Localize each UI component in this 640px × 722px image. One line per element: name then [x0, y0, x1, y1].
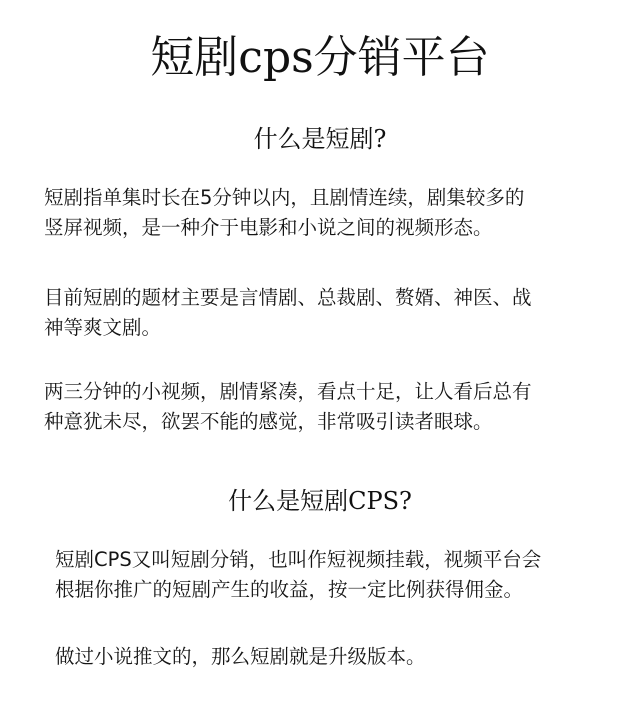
paragraph-genres: 目前短剧的题材主要是言情剧、总裁剧、赘婿、神医、战 神等爽文剧。 — [44, 283, 532, 343]
paragraph-line: 短剧CPS又叫短剧分销，也叫作短视频挂载，视频平台会 — [55, 545, 541, 575]
paragraph-appeal: 两三分钟的小视频，剧情紧凑，看点十足，让人看后总有 种意犹未尽，欲罢不能的感觉，… — [44, 377, 532, 437]
paragraph-line: 短剧指单集时长在5分钟以内，且剧情连续，剧集较多的 — [44, 183, 524, 213]
paragraph-line: 竖屏视频，是一种介于电影和小说之间的视频形态。 — [44, 213, 524, 243]
section-heading-what-is-short-drama: 什么是短剧? — [0, 122, 640, 156]
paragraph-line: 目前短剧的题材主要是言情剧、总裁剧、赘婿、神医、战 — [44, 283, 532, 313]
paragraph-upgrade-note: 做过小说推文的，那么短剧就是升级版本。 — [55, 642, 426, 672]
paragraph-line: 神等爽文剧。 — [44, 313, 532, 343]
page-title: 短剧cps分销平台 — [0, 28, 640, 88]
paragraph-definition: 短剧指单集时长在5分钟以内，且剧情连续，剧集较多的 竖屏视频，是一种介于电影和小… — [44, 183, 524, 243]
paragraph-line: 两三分钟的小视频，剧情紧凑，看点十足，让人看后总有 — [44, 377, 532, 407]
paragraph-line: 根据你推广的短剧产生的收益，按一定比例获得佣金。 — [55, 575, 541, 605]
paragraph-line: 做过小说推文的，那么短剧就是升级版本。 — [55, 642, 426, 672]
paragraph-cps-definition: 短剧CPS又叫短剧分销，也叫作短视频挂载，视频平台会 根据你推广的短剧产生的收益… — [55, 545, 541, 605]
paragraph-line: 种意犹未尽，欲罢不能的感觉，非常吸引读者眼球。 — [44, 407, 532, 437]
section-heading-what-is-cps: 什么是短剧CPS? — [0, 484, 640, 518]
